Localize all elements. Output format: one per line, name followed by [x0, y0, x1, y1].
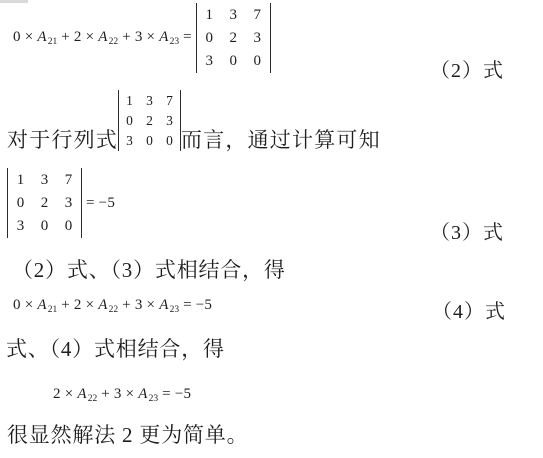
conclusion-line: 很显然解法 2 更为简单。 [7, 419, 248, 449]
matrix-cell: 3 [145, 92, 154, 109]
determinant-eq2: 137023300 [196, 3, 271, 73]
matrix-cell: 0 [252, 52, 263, 70]
matrix-cell: 0 [165, 132, 174, 149]
determinant-matrix: 137023300 [15, 171, 74, 235]
combine-1-4-line: 式、（4）式相结合，得 [6, 333, 225, 363]
equation-label-3: （3）式 [430, 216, 504, 245]
matrix-cell: 7 [252, 6, 263, 24]
equation-label-2: （2）式 [430, 54, 504, 83]
matrix-cell: 2 [145, 112, 154, 129]
determinant-inline: 137023300 [118, 90, 181, 151]
matrix-cell: 0 [204, 29, 215, 47]
matrix-cell: 1 [125, 92, 134, 109]
matrix-cell: 0 [15, 194, 26, 212]
combine-2-3-line: （2）式、（3）式相结合，得 [12, 254, 286, 284]
matrix-cell: 2 [39, 194, 50, 212]
matrix-cell: 3 [204, 52, 215, 70]
matrix-cell: 7 [63, 171, 74, 189]
matrix-cell: 1 [15, 171, 26, 189]
matrix-cell: 0 [125, 112, 134, 129]
equation-4-body: 0×A21+2×A22+3×A23=−5 [13, 297, 212, 315]
determinant-matrix: 137023300 [204, 6, 263, 70]
matrix-cell: 2 [228, 29, 239, 47]
matrix-cell: 0 [63, 217, 74, 235]
matrix-cell: 1 [204, 6, 215, 24]
matrix-cell: 3 [165, 112, 174, 129]
matrix-cell: 0 [145, 132, 154, 149]
document-page: 0×A21+2×A22+3×A23= 137023300 （2）式 对于行列式 … [0, 0, 543, 458]
determinant-matrix: 137023300 [125, 92, 174, 149]
intro-prefix-text: 对于行列式 [7, 124, 118, 154]
matrix-cell: 3 [228, 6, 239, 24]
determinant-eq3: 137023300 [7, 168, 82, 238]
equation-4: 0×A21+2×A22+3×A23=−5 [13, 297, 212, 315]
matrix-cell: 3 [125, 132, 134, 149]
matrix-cell: 7 [165, 92, 174, 109]
equation-2-lhs: 0×A21+2×A22+3×A23= [13, 29, 196, 47]
equation-label-4: （4）式 [432, 295, 506, 324]
matrix-cell: 3 [63, 194, 74, 212]
equation-5: 2×A22+3×A23=−5 [53, 386, 191, 404]
matrix-cell: 0 [39, 217, 50, 235]
matrix-cell: 0 [228, 52, 239, 70]
equation-3-rhs: =−5 [82, 195, 115, 212]
matrix-cell: 3 [252, 29, 263, 47]
determinant-intro-line: 对于行列式 137023300 而言，通过计算可知 [7, 90, 381, 154]
equation-2: 0×A21+2×A22+3×A23= 137023300 [13, 3, 271, 73]
matrix-cell: 3 [39, 171, 50, 189]
equation-5-body: 2×A22+3×A23=−5 [53, 386, 191, 404]
intro-suffix-text: 而言，通过计算可知 [181, 124, 381, 154]
matrix-cell: 3 [15, 217, 26, 235]
equation-3: 137023300 =−5 [7, 168, 115, 238]
